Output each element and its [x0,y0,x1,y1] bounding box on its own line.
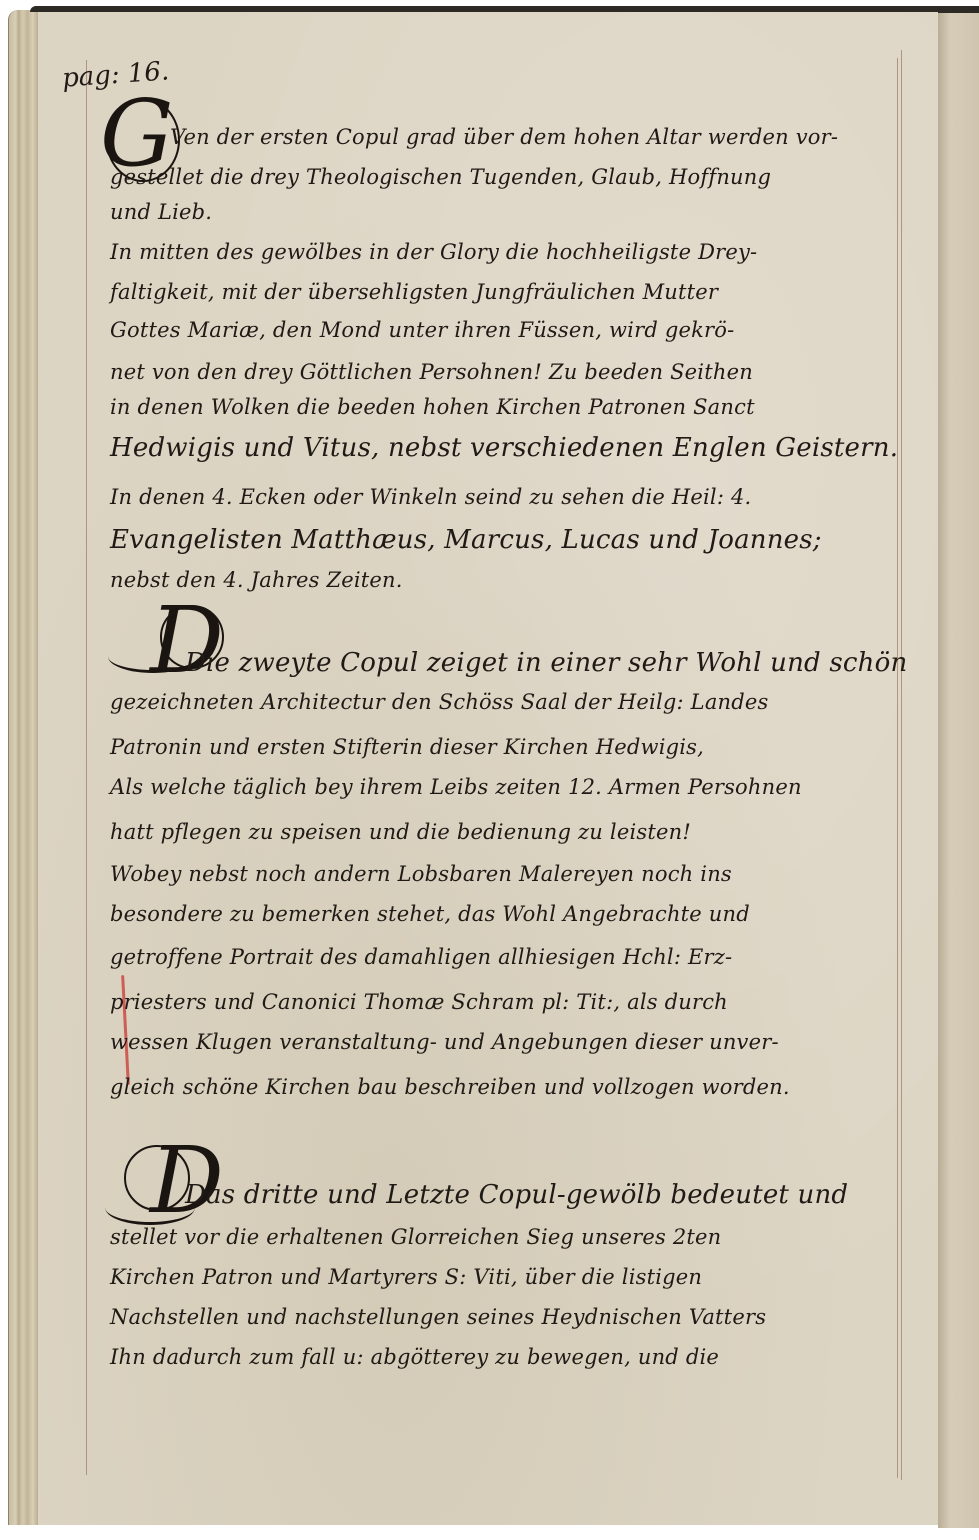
text-line: besondere zu bemerken stehet, das Wohl A… [110,902,750,926]
text-line: Nachstellen und nachstellungen seines He… [110,1305,766,1329]
manuscript-page [38,10,938,1525]
right-margin-rule-outer [901,50,902,1480]
manuscript-book: pag: 16. G Ven der ersten Copul grad übe… [0,0,979,1540]
text-line: Gottes Mariæ, den Mond unter ihren Füsse… [110,318,734,342]
text-line: wessen Klugen veranstaltung- und Angebun… [110,1030,779,1054]
text-line: stellet vor die erhaltenen Glorreichen S… [110,1225,721,1249]
text-line: und Lieb. [110,200,212,224]
right-margin-rule [897,58,898,1478]
left-margin-rule [86,60,87,1475]
text-line: Ven der ersten Copul grad über dem hohen… [170,125,838,149]
text-line: getroffene Portrait des damahligen allhi… [110,945,732,969]
text-line: in denen Wolken die beeden hohen Kirchen… [110,395,755,419]
text-line: Wobey nebst noch andern Lobsbaren Malere… [110,862,732,886]
text-line: In mitten des gewölbes in der Glory die … [110,240,757,264]
text-line: Kirchen Patron und Martyrers S: Viti, üb… [110,1265,702,1289]
text-line: Evangelisten Matthæus, Marcus, Lucas und… [110,525,822,555]
text-line: gezeichneten Architectur den Schöss Saal… [110,690,769,714]
text-line: gestellet die drey Theologischen Tugende… [110,165,771,189]
text-line: net von den drey Göttlichen Persohnen! Z… [110,360,753,384]
text-line: priesters und Canonici Thomæ Schram pl: … [110,990,728,1014]
text-line: Als welche täglich bey ihrem Leibs zeite… [110,775,802,799]
text-line: Die zweyte Copul zeiget in einer sehr Wo… [185,648,907,678]
text-line: Patronin und ersten Stifterin dieser Kir… [110,735,704,759]
text-line: Hedwigis und Vitus, nebst verschiedenen … [110,433,898,463]
text-line: Ihn dadurch zum fall u: abgötterey zu be… [110,1345,719,1369]
text-line: In denen 4. Ecken oder Winkeln seind zu … [110,485,751,509]
book-right-edge [938,10,979,1528]
initial-flourish-icon [105,1190,195,1225]
text-line: gleich schöne Kirchen bau beschreiben un… [110,1075,790,1099]
text-line: hatt pflegen zu speisen und die bedienun… [110,820,691,844]
text-line: faltigkeit, mit der übersehligsten Jungf… [110,280,718,304]
text-line: Das dritte und Letzte Copul-gewölb bedeu… [185,1180,848,1210]
